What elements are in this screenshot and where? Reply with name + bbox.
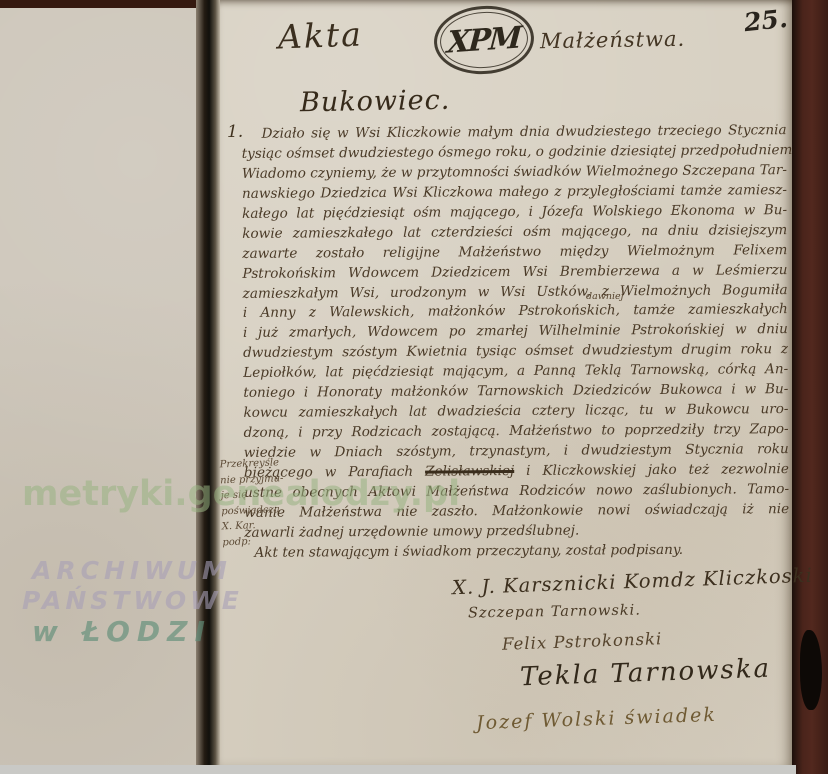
- record-title-bukowiec: Bukowiec.: [300, 85, 451, 119]
- annotation-line: podp:: [222, 532, 300, 550]
- blank-facing-page: [0, 8, 196, 766]
- scanner-bottom-strip: [0, 765, 796, 774]
- line-text: i Kliczkowskiej jako też zezwolnie: [514, 461, 789, 479]
- watermark-archive-line3: w ŁODZI: [32, 615, 212, 648]
- watermark-archive-line1: ARCHIWUM: [32, 556, 232, 585]
- header-malzenstwa: Małżeństwa.: [540, 27, 686, 54]
- watermark-archive-line2: PAŃSTWOWE: [22, 586, 243, 615]
- watermark-genealogy-site: metryki.genealodzy.pl: [22, 474, 460, 514]
- superscript-insertion: dawniej: [586, 291, 624, 302]
- record-line: Akt ten stawającym i świadkom przeczytan…: [244, 540, 789, 564]
- page-number: 25.: [743, 4, 789, 37]
- signature-witness-tarnowski: Szczepan Tarnowski.: [468, 602, 641, 621]
- gutter-shadow: [196, 0, 220, 766]
- document-scan: Akta XPM Małżeństwa. 25. Bukowiec. 1. Dz…: [0, 0, 828, 774]
- parish-seal-inner-ring: XPM: [438, 9, 530, 71]
- seal-monogram: XPM: [446, 20, 521, 60]
- header-akta: Akta: [277, 15, 363, 57]
